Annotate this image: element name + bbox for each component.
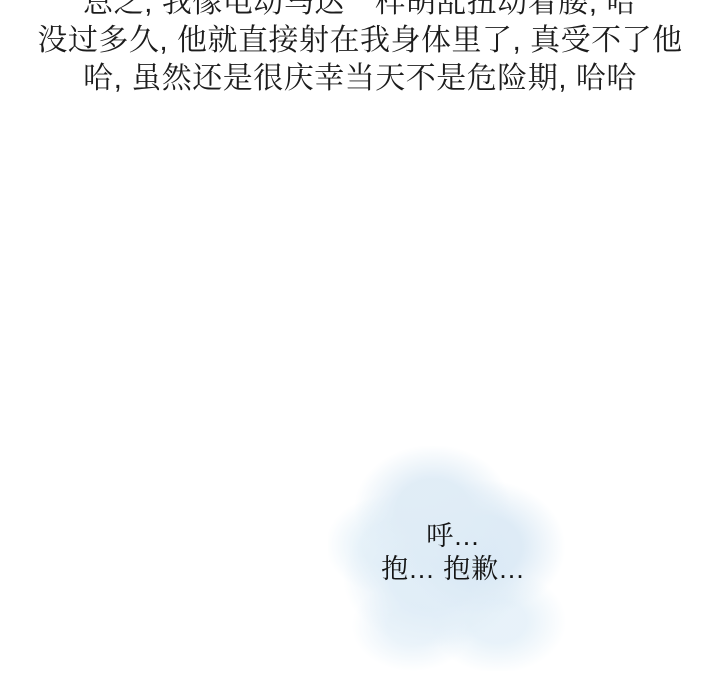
- speech-line-2: 抱... 抱歉...: [338, 553, 568, 586]
- speech-bubble-text: 呼... 抱... 抱歉...: [338, 520, 568, 586]
- narration-line-1: 总之, 我像电动马达一样胡乱扭动着腰, 哈: [0, 0, 720, 22]
- narration-text-block: 总之, 我像电动马达一样胡乱扭动着腰, 哈 没过多久, 他就直接射在我身体里了,…: [0, 0, 720, 98]
- speech-line-1: 呼...: [338, 520, 568, 553]
- comic-page: 总之, 我像电动马达一样胡乱扭动着腰, 哈 没过多久, 他就直接射在我身体里了,…: [0, 0, 720, 700]
- narration-line-3: 哈, 虽然还是很庆幸当天不是危险期, 哈哈: [0, 60, 720, 98]
- narration-line-2: 没过多久, 他就直接射在我身体里了, 真受不了他: [0, 22, 720, 60]
- speech-bubble-cloud: 呼... 抱... 抱歉...: [328, 446, 578, 671]
